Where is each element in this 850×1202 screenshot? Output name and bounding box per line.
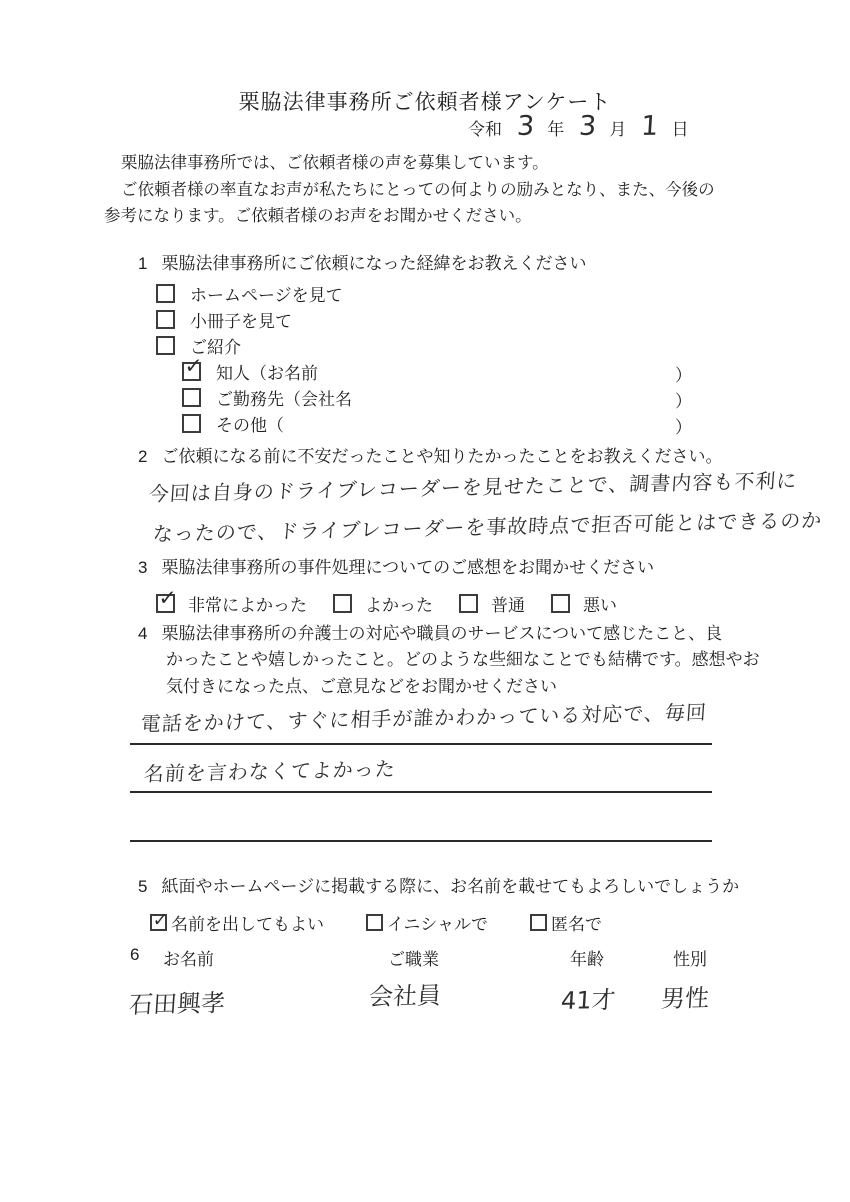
checkmark: ✓ [158, 588, 177, 609]
q2-answer-handwriting-line1: 今回は自身のドライブレコーダーを見せたことで、調書内容も不利に [148, 464, 798, 507]
suboption-acquaintance: ✓ 知人（お名前 ） [182, 363, 692, 380]
question-4-line2: かったことや嬉しかったこと。どのような些細なことでも結構です。感想やお [138, 646, 786, 673]
checkbox-homepage[interactable] [156, 284, 175, 303]
date-era-label: 令和 [468, 115, 502, 140]
intro-line: 栗脇法律事務所では、ご依頼者様の声を募集しています。 [104, 150, 776, 177]
suboption-label: 知人（お名前 [216, 359, 318, 384]
name-handwritten-value: 石田興孝 [128, 983, 226, 1020]
question-text: 栗脇法律事務所の弁護士の対応や職員のサービスについて感じたこと、良 [161, 622, 722, 646]
option-label: 匿名で [551, 910, 602, 935]
intro-paragraph: 栗脇法律事務所では、ご依頼者様の声を募集しています。 ご依頼者様の率直なお声が私… [104, 150, 776, 230]
checkbox-booklet[interactable] [156, 310, 175, 329]
question-text: 栗脇法律事務所にご依頼になった経緯をお教えください [161, 252, 586, 276]
question-number: 5 [138, 875, 147, 899]
checkbox-real-name-ok[interactable]: ✓ [150, 914, 167, 931]
checkbox-employer[interactable] [182, 388, 201, 407]
question-1-heading: 1 栗脇法律事務所にご依頼になった経緯をお教えください [138, 252, 692, 276]
date-month-label: 月 [609, 115, 626, 140]
option-very-good: ✓ 非常によかった [156, 591, 307, 616]
option-initials: イニシャルで [366, 910, 488, 935]
checkmark: ✓ [184, 356, 203, 377]
question-5-heading: 5 紙面やホームページに掲載する際に、お名前を載せてもよろしいでしょうか [138, 875, 739, 899]
answer-rule-line [130, 840, 712, 842]
option-label: 非常によかった [188, 591, 307, 616]
question-5: 5 紙面やホームページに掲載する際に、お名前を載せてもよろしいでしょうか ✓ 名… [138, 875, 739, 935]
date-day-label: 日 [672, 115, 689, 140]
option-label: 小冊子を見て [190, 307, 292, 332]
question-number: 3 [138, 556, 147, 580]
gender-field-label: 性別 [673, 945, 707, 970]
occupation-handwritten-value: 会社員 [368, 975, 442, 1012]
checkbox-initials[interactable] [366, 914, 383, 931]
option-referral: ご紹介 [156, 337, 692, 354]
question-number: 2 [138, 445, 147, 469]
answer-rule-line [130, 743, 712, 745]
checkbox-good[interactable] [333, 594, 352, 613]
option-real-name-ok: ✓ 名前を出してもよい [150, 910, 324, 935]
date-year-handwritten: 3 [516, 112, 535, 142]
option-booklet: 小冊子を見て [156, 311, 692, 328]
q4-answer-handwriting-line1: 電話をかけて、すぐに相手が誰かわかっている対応で、毎回 [140, 696, 708, 737]
question-1: 1 栗脇法律事務所にご依頼になった経緯をお教えください ホームページを見て 小冊… [138, 252, 692, 432]
question-4-heading: 4 栗脇法律事務所の弁護士の対応や職員のサービスについて感じたこと、良 かったこ… [138, 622, 786, 700]
q4-answer-handwriting-line2: 名前を言わなくてよかった [143, 753, 397, 787]
checkbox-bad[interactable] [551, 594, 570, 613]
question-3-heading: 3 栗脇法律事務所の事件処理についてのご感想をお聞かせください [138, 556, 654, 580]
checkbox-other[interactable] [182, 414, 201, 433]
date-line: 令和 3 年 3 月 1 日 [468, 112, 689, 152]
checkbox-average[interactable] [459, 594, 478, 613]
option-bad: 悪い [551, 591, 617, 616]
option-label: 名前を出してもよい [171, 910, 324, 935]
question-text: ご依頼になる前に不安だったことや知りたかったことをお教えください。 [161, 445, 722, 469]
age-handwritten-value: 41才 [560, 980, 617, 1016]
closing-paren: ） [675, 387, 692, 412]
question-text: 栗脇法律事務所の事件処理についてのご感想をお聞かせください [161, 556, 654, 580]
gender-handwritten-value: 男性 [660, 978, 710, 1014]
question-4-line1: 4 栗脇法律事務所の弁護士の対応や職員のサービスについて感じたこと、良 [138, 622, 786, 646]
scanned-survey-page: 栗脇法律事務所ご依頼者様アンケート 令和 3 年 3 月 1 日 栗脇法律事務所… [0, 0, 850, 1202]
checkbox-very-good[interactable]: ✓ [156, 594, 175, 613]
suboption-employer: ご勤務先（会社名 ） [182, 389, 692, 406]
q5-options-row: ✓ 名前を出してもよい イニシャルで 匿名で [150, 910, 739, 935]
date-year-label: 年 [547, 115, 564, 140]
option-average: 普通 [459, 591, 525, 616]
suboption-label: ご勤務先（会社名 [216, 385, 352, 410]
closing-paren: ） [675, 361, 692, 386]
date-day-handwritten: 1 [640, 112, 659, 142]
intro-line: 参考になります。ご依頼者様のお声をお聞かせください。 [104, 203, 776, 230]
q2-answer-handwriting-line2: なったので、ドライブレコーダーを事故時点で拒否可能とはできるのか [152, 504, 823, 547]
option-anonymous: 匿名で [530, 910, 602, 935]
name-field-label: お名前 [163, 945, 214, 970]
option-homepage: ホームページを見て [156, 285, 692, 302]
checkmark: ✓ [152, 910, 168, 931]
question-6: 6 お名前 ご職業 年齢 性別 石田興孝 会社員 41才 男性 [0, 945, 850, 1055]
option-label: イニシャルで [387, 910, 488, 935]
closing-paren: ） [675, 413, 692, 438]
question-text: 紙面やホームページに掲載する際に、お名前を載せてもよろしいでしょうか [161, 875, 739, 899]
age-field-label: 年齢 [570, 945, 604, 970]
option-label: 普通 [491, 591, 525, 616]
question-number: 6 [130, 945, 139, 965]
question-2-heading: 2 ご依頼になる前に不安だったことや知りたかったことをお教えください。 [138, 445, 722, 469]
checkbox-anonymous[interactable] [530, 914, 547, 931]
checkbox-referral[interactable] [156, 336, 175, 355]
suboption-label: その他（ [216, 411, 284, 436]
date-month-handwritten: 3 [578, 112, 597, 142]
question-number: 4 [138, 622, 147, 646]
question-number: 1 [138, 252, 147, 276]
option-label: ホームページを見て [190, 281, 343, 306]
occupation-field-label: ご職業 [388, 945, 439, 970]
question-2: 2 ご依頼になる前に不安だったことや知りたかったことをお教えください。 [138, 445, 722, 469]
option-label: よかった [365, 591, 433, 616]
question-4: 4 栗脇法律事務所の弁護士の対応や職員のサービスについて感じたこと、良 かったこ… [138, 622, 786, 700]
page-title: 栗脇法律事務所ご依頼者様アンケート [0, 86, 850, 116]
answer-rule-line [130, 791, 712, 793]
intro-line: ご依頼者様の率直なお声が私たちにとっての何よりの励みとなり、また、今後の [104, 177, 776, 204]
checkbox-acquaintance[interactable]: ✓ [182, 362, 201, 381]
option-good: よかった [333, 591, 433, 616]
option-label: 悪い [583, 591, 617, 616]
question-3: 3 栗脇法律事務所の事件処理についてのご感想をお聞かせください ✓ 非常によかっ… [138, 556, 654, 616]
q3-options-row: ✓ 非常によかった よかった 普通 悪い [156, 591, 654, 616]
suboption-other: その他（ ） [182, 415, 692, 432]
